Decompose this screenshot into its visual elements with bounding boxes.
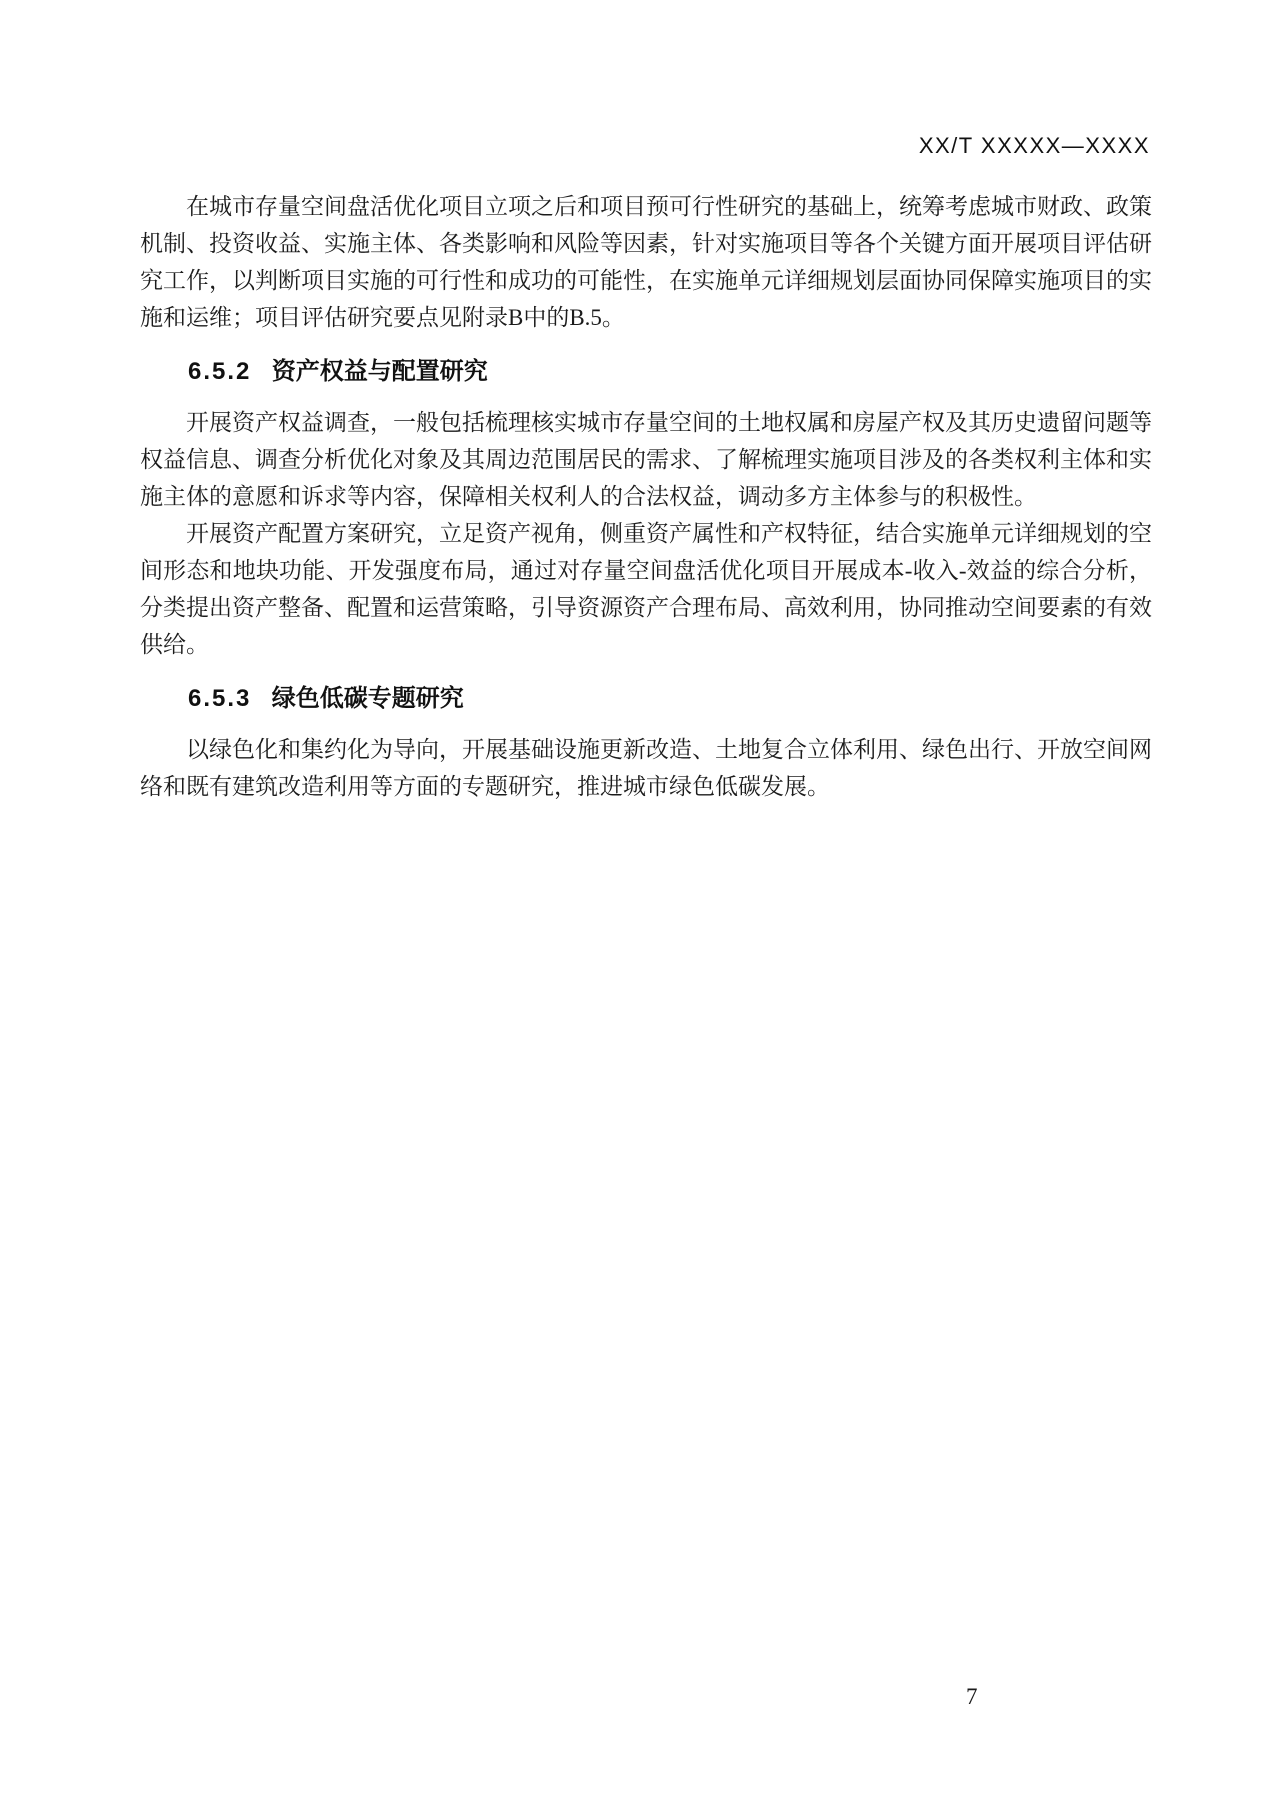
paragraph-asset-rights: 开展资产权益调查，一般包括梳理核实城市存量空间的土地权属和房屋产权及其历史遗留问… bbox=[140, 404, 1152, 515]
section-heading-652: 6.5.2资产权益与配置研究 bbox=[140, 355, 1152, 389]
section-number: 6.5.2 bbox=[188, 358, 251, 385]
page-number: 7 bbox=[966, 1684, 978, 1710]
section-number: 6.5.3 bbox=[188, 685, 251, 712]
document-page: XX/T XXXXX—XXXX 在城市存量空间盘活优化项目立项之后和项目预可行性… bbox=[0, 0, 1280, 1809]
content-area: 在城市存量空间盘活优化项目立项之后和项目预可行性研究的基础上，统筹考虑城市财政、… bbox=[140, 188, 1152, 805]
paragraph-intro: 在城市存量空间盘活优化项目立项之后和项目预可行性研究的基础上，统筹考虑城市财政、… bbox=[140, 188, 1152, 336]
paragraph-green-lowcarbon: 以绿色化和集约化为导向，开展基础设施更新改造、土地复合立体利用、绿色出行、开放空… bbox=[140, 731, 1152, 805]
standard-number-header: XX/T XXXXX—XXXX bbox=[919, 133, 1150, 159]
section-title: 绿色低碳专题研究 bbox=[272, 685, 464, 712]
section-title: 资产权益与配置研究 bbox=[272, 358, 488, 385]
section-heading-653: 6.5.3绿色低碳专题研究 bbox=[140, 682, 1152, 716]
paragraph-asset-allocation: 开展资产配置方案研究，立足资产视角，侧重资产属性和产权特征，结合实施单元详细规划… bbox=[140, 515, 1152, 663]
